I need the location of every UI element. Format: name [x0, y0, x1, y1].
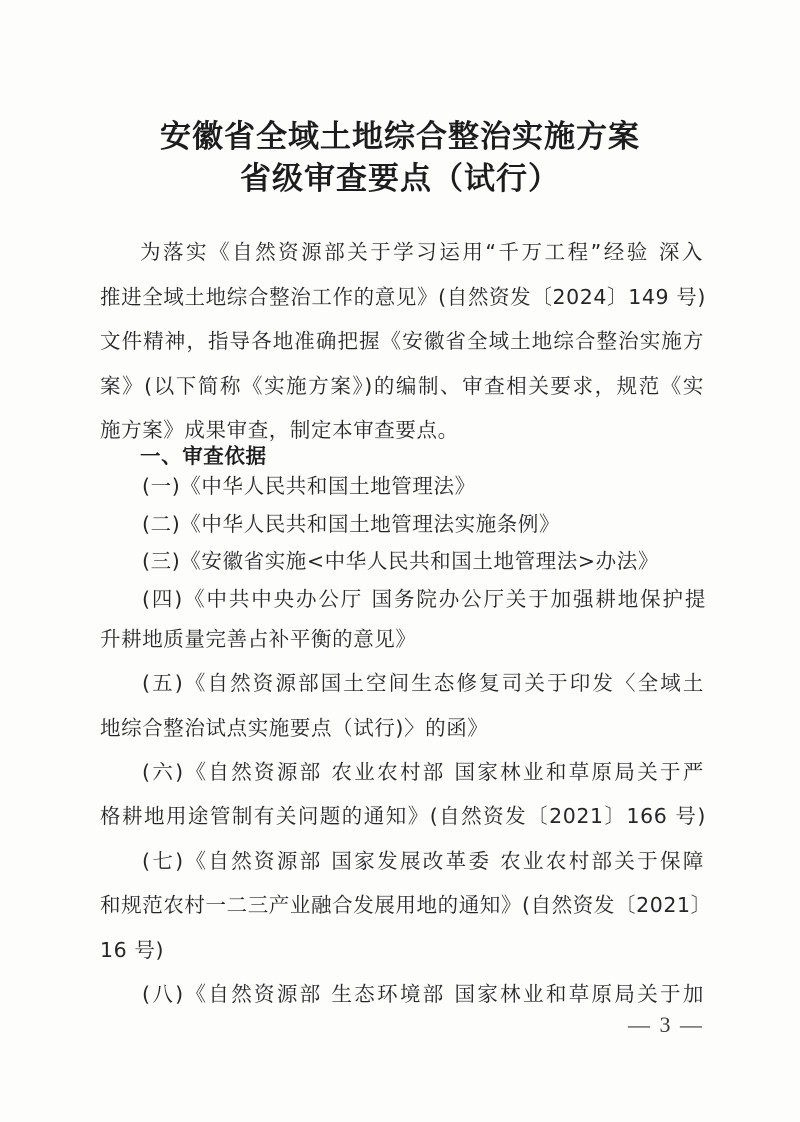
basis-item-2: (二)《中华人民共和国土地管理法实施条例》: [142, 509, 560, 539]
basis-item-5: (五)《自然资源部国土空间生态修复司关于印发〈全域土: [142, 668, 704, 698]
document-title-line-2: 省级审查要点（试行）: [0, 160, 800, 198]
basis-item-8: (八)《自然资源部 生态环境部 国家林业和草原局关于加: [142, 979, 704, 1009]
intro-line-3: 文件精神，指导各地准确把握《安徽省全域土地综合整治实施方: [100, 326, 704, 356]
document-title-line-1: 安徽省全域土地综合整治实施方案: [0, 118, 800, 156]
basis-item-7: (七)《自然资源部 国家发展改革委 农业农村部关于保障: [142, 846, 704, 876]
document-page: 安徽省全域土地综合整治实施方案 省级审查要点（试行） 为落实《自然资源部关于学习…: [0, 0, 800, 1122]
section-heading: 一、审查依据: [140, 441, 267, 471]
basis-item-5-cont: 地综合整治试点实施要点（试行)〉的函》: [100, 713, 488, 743]
page-number: — 3 —: [628, 1012, 704, 1038]
basis-item-4-cont: 升耕地质量完善占补平衡的意见》: [100, 624, 417, 654]
intro-line-1: 为落实《自然资源部关于学习运用“千万工程”经验 深入: [140, 237, 703, 267]
intro-line-2: 推进全域土地综合整治工作的意见》(自然资发〔2024〕149 号): [100, 282, 706, 312]
intro-line-4: 案》(以下简称《实施方案》)的编制、审查相关要求，规范《实: [100, 371, 704, 401]
basis-item-3: (三)《安徽省实施<中华人民共和国土地管理法>办法》: [142, 546, 659, 576]
basis-item-6-cont: 格耕地用途管制有关问题的通知》(自然资发〔2021〕166 号): [100, 801, 706, 831]
basis-item-6: (六)《自然资源部 农业农村部 国家林业和草原局关于严: [142, 757, 704, 787]
basis-item-4: (四)《中共中央办公厅 国务院办公厅关于加强耕地保护提: [142, 584, 706, 614]
basis-item-7-end: 16 号): [100, 935, 164, 965]
basis-item-7-cont: 和规范农村一二三产业融合发展用地的通知》(自然资发〔2021〕: [100, 890, 704, 920]
basis-item-1: (一)《中华人民共和国土地管理法》: [142, 471, 476, 501]
